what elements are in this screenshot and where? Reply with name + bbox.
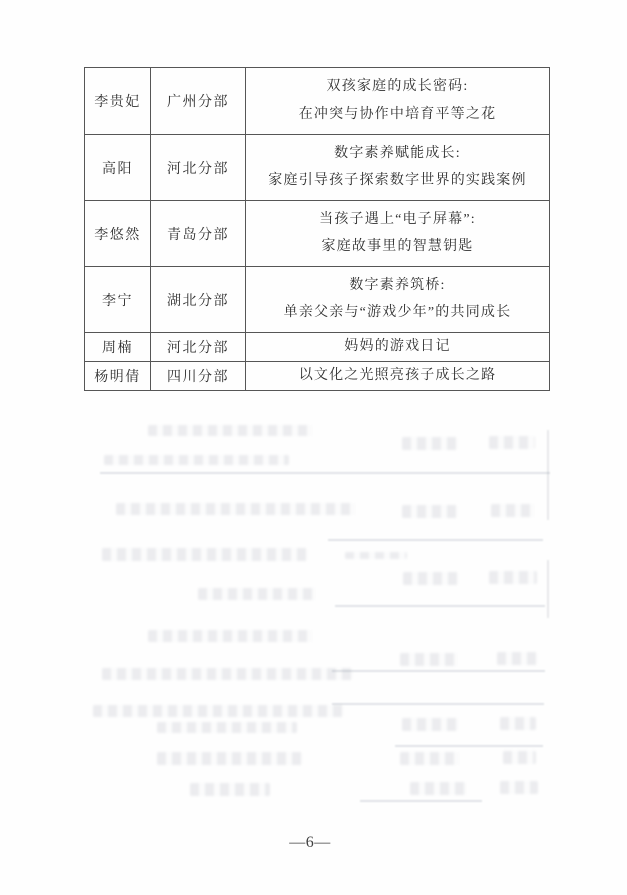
bleedthrough-mark — [489, 436, 535, 449]
bleedthrough-mark — [500, 781, 538, 794]
bleedthrough-mark — [410, 782, 467, 795]
title-line: 数字素养赋能成长: — [334, 146, 461, 162]
branch-cell: 广州分部 — [151, 68, 246, 134]
bleedthrough-mark — [102, 668, 352, 680]
bleedthrough-mark — [198, 588, 316, 600]
bleedthrough-mark — [402, 718, 458, 731]
bleedthrough-mark — [491, 504, 535, 517]
author-name-cell: 杨明倩 — [85, 362, 151, 390]
title-cell: 双孩家庭的成长密码: 在冲突与协作中培育平等之花 — [246, 68, 549, 134]
title-line: 家庭故事里的智慧钥匙 — [322, 239, 474, 255]
bleedthrough-mark — [400, 653, 458, 666]
title-cell: 当孩子遇上“电子屏幕”: 家庭故事里的智慧钥匙 — [246, 201, 549, 266]
title-line: 数字素养筑桥: — [349, 278, 445, 294]
table-row: 李悠然 青岛分部 当孩子遇上“电子屏幕”: 家庭故事里的智慧钥匙 — [85, 200, 549, 266]
document-page: 李贵妃 广州分部 双孩家庭的成长密码: 在冲突与协作中培育平等之花 高阳 河北分… — [0, 0, 627, 895]
branch-cell: 四川分部 — [151, 362, 246, 390]
bleedthrough-mark — [100, 472, 550, 474]
bleedthrough-mark — [547, 430, 549, 520]
title-line: 以文化之光照亮孩子成长之路 — [299, 368, 497, 384]
author-name-cell: 李贵妃 — [85, 68, 151, 134]
table-row: 李贵妃 广州分部 双孩家庭的成长密码: 在冲突与协作中培育平等之花 — [85, 68, 549, 134]
bleedthrough-mark — [190, 783, 270, 796]
title-line: 家庭引导孩子探索数字世界的实践案例 — [268, 173, 526, 189]
bleedthrough-mark — [157, 722, 297, 733]
page-number: —6— — [0, 834, 620, 852]
bleedthrough-mark — [93, 705, 343, 717]
bleedthrough-mark — [102, 548, 307, 561]
title-line: 妈妈的游戏日记 — [344, 339, 450, 355]
title-cell: 数字素养筑桥: 单亲父亲与“游戏少年”的共同成长 — [246, 267, 549, 332]
bleedthrough-mark — [148, 425, 313, 436]
branch-cell: 河北分部 — [151, 135, 246, 200]
table-row: 周楠 河北分部 妈妈的游戏日记 — [85, 332, 549, 361]
bleedthrough-mark — [148, 630, 313, 642]
bleedthrough-mark — [116, 503, 356, 515]
bleedthrough-mark — [402, 437, 457, 450]
bleedthrough-mark — [400, 752, 460, 765]
title-cell: 妈妈的游戏日记 — [246, 333, 549, 361]
branch-cell: 河北分部 — [151, 333, 246, 361]
bleedthrough-mark — [360, 800, 482, 802]
bleedthrough-mark — [157, 752, 302, 765]
title-line: 双孩家庭的成长密码: — [327, 79, 469, 95]
table-row: 杨明倩 四川分部 以文化之光照亮孩子成长之路 — [85, 361, 549, 390]
author-name-cell: 李悠然 — [85, 201, 151, 266]
author-name-cell: 李宁 — [85, 267, 151, 332]
author-name-cell: 周楠 — [85, 333, 151, 361]
bleedthrough-mark — [332, 670, 545, 672]
bleedthrough-mark — [489, 571, 537, 584]
bleedthrough-mark — [403, 572, 458, 585]
branch-cell: 湖北分部 — [151, 267, 246, 332]
title-line: 在冲突与协作中培育平等之花 — [299, 107, 497, 123]
title-cell: 数字素养赋能成长: 家庭引导孩子探索数字世界的实践案例 — [246, 135, 549, 200]
bleedthrough-mark — [395, 745, 543, 747]
branch-cell: 青岛分部 — [151, 201, 246, 266]
title-cell: 以文化之光照亮孩子成长之路 — [246, 362, 549, 390]
title-line: 单亲父亲与“游戏少年”的共同成长 — [284, 305, 512, 321]
title-line: 当孩子遇上“电子屏幕”: — [319, 212, 476, 228]
bleedthrough-mark — [345, 552, 407, 559]
author-name-cell: 高阳 — [85, 135, 151, 200]
bleedthrough-mark — [332, 703, 544, 705]
table-row: 李宁 湖北分部 数字素养筑桥: 单亲父亲与“游戏少年”的共同成长 — [85, 266, 549, 332]
bleedthrough-mark — [104, 455, 289, 465]
award-table: 李贵妃 广州分部 双孩家庭的成长密码: 在冲突与协作中培育平等之花 高阳 河北分… — [84, 67, 550, 391]
bleedthrough-mark — [500, 717, 536, 730]
bleedthrough-mark — [547, 560, 549, 618]
bleedthrough-mark — [328, 539, 543, 541]
bleedthrough-mark — [402, 505, 457, 518]
bleedthrough-mark — [335, 605, 545, 607]
bleedthrough-mark — [497, 652, 537, 665]
table-row: 高阳 河北分部 数字素养赋能成长: 家庭引导孩子探索数字世界的实践案例 — [85, 134, 549, 200]
bleedthrough-mark — [503, 751, 536, 764]
